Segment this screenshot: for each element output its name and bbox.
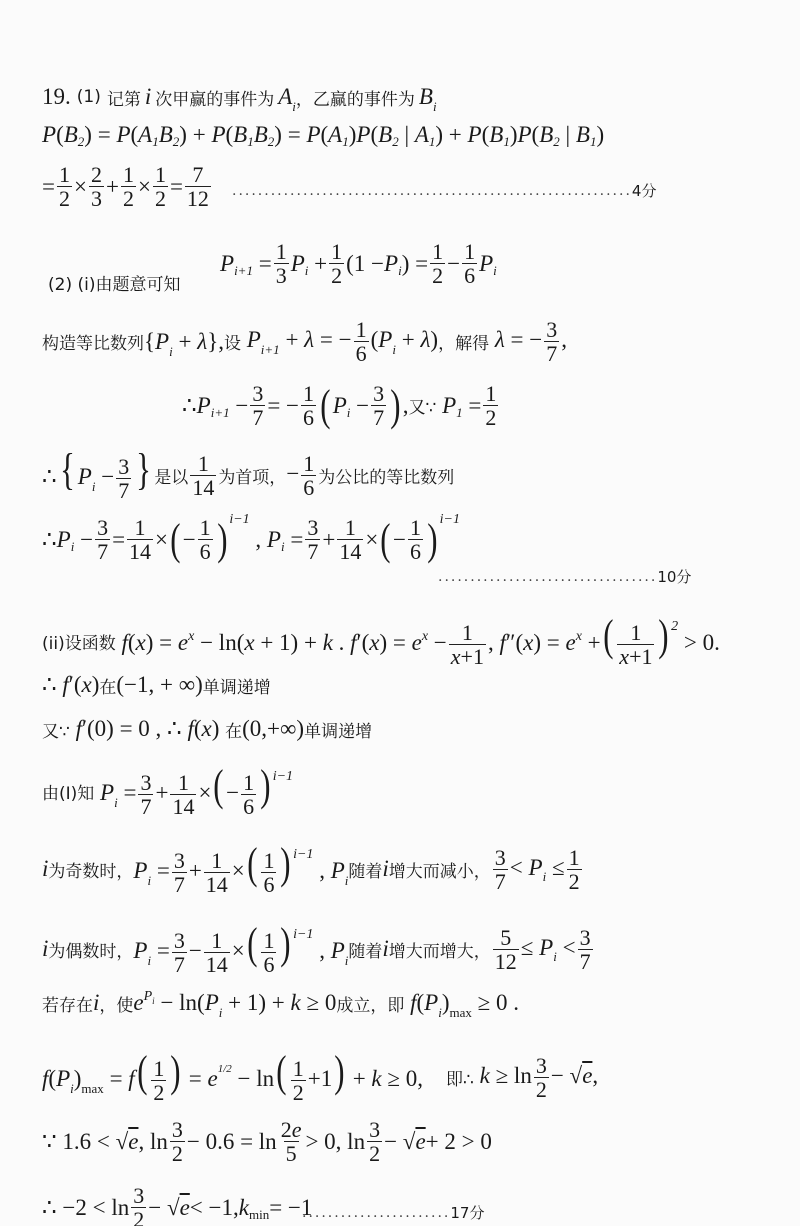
function-def: (ii)设函数 f(x) = ex − ln(x + 1) + k . f′(x…	[42, 614, 720, 668]
mono2: 又∵ f′(0) = 0 , ∴ f(x) 在 (0,+∞) 单调递增	[42, 716, 372, 742]
part1-formula: P(B2) = P(A1B2) + P(B1B2) = P(A1)P(B2 | …	[42, 122, 604, 148]
construct-line: 构造等比数列 {Pi + λ}, 设 Pi+1 + λ = −16(Pi + λ…	[42, 318, 567, 365]
mono1: ∴ f′(x) 在 (−1, + ∞) 单调递增	[42, 672, 271, 698]
even-case: i 为偶数时， Pi =37−114×(16)i−1 , Pi 随着 i 增大而…	[42, 922, 595, 976]
problem-number: 19.	[42, 84, 71, 110]
exists-line: 若存在 i ，使 ePi − ln(Pi + 1) + k ≥ 0 成立，即 f…	[42, 990, 519, 1016]
score-17: ....................... 17分	[302, 1202, 484, 1223]
recurrence: Pi+1 =13Pi +12(1 − Pi) =12−16Pi	[220, 240, 497, 287]
conclusion-line: ∴ −2 < ln32− √e < −1, kmin = −1	[42, 1184, 312, 1226]
part1-intro: 19. (1) 记第 i 次甲赢的事件为 Ai ，乙赢的事件为 Bi	[42, 84, 437, 110]
part1-label: (1)	[77, 87, 101, 107]
from-part1: 由(Ⅰ)知 Pi =37+114×(−16)i−1	[42, 764, 293, 818]
score-4: ........................................…	[232, 180, 656, 201]
part2-i-label: (2) (i)由题意可知	[48, 270, 180, 295]
estimate-line: ∵ 1.6 < √e, ln32− 0.6 = ln2e5> 0, ln32− …	[42, 1118, 492, 1165]
part1-calc: =12×23+12×12=712	[42, 163, 213, 210]
derived-line: ∴ Pi+1 −37= −16(Pi −37), 又∵ P1 =12	[182, 382, 500, 429]
general-term: ∴Pi −37=114×(−16)i−1 , Pi =37+114×(−16)i…	[42, 516, 460, 563]
score-10: .................................. 10分	[438, 566, 691, 587]
odd-case: i 为奇数时， Pi =37+114×(16)i−1 , Pi 随着 i 增大而…	[42, 842, 584, 896]
max-eval: f(Pi)max = f(12) = e1/2 − ln(12+1) + k ≥…	[42, 1050, 598, 1104]
geometric-line: ∴{Pi −37} 是以 114 为首项， −16 为公比的等比数列	[42, 448, 454, 502]
